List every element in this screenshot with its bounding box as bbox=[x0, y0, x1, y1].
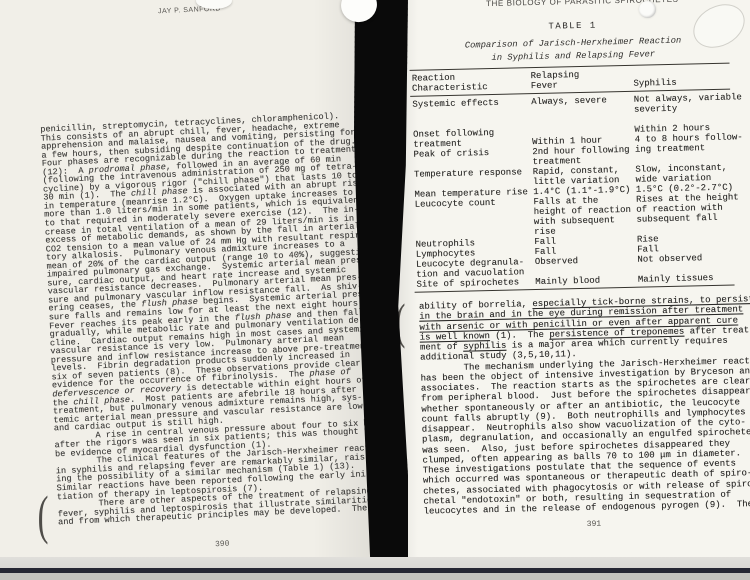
left-page-number: 390 bbox=[202, 539, 242, 550]
right-page-text: ability of borrelia, especially tick-bor… bbox=[419, 294, 750, 517]
right-page-content: THE BIOLOGY OF PARASITIC SPIROCHETES TAB… bbox=[402, 0, 750, 580]
left-page-content: JAY P. SANFORD penicillin, streptomycin,… bbox=[32, 0, 391, 573]
scanner-edge-lower bbox=[0, 573, 750, 580]
scanned-book-spread: JAY P. SANFORD penicillin, streptomycin,… bbox=[0, 0, 750, 580]
right-page-number: 391 bbox=[574, 519, 614, 529]
table-body: Systemic effects Always, severe Not alwa… bbox=[410, 90, 734, 292]
comparison-table: Reaction RelapsingCharacteristic Fever S… bbox=[410, 63, 735, 293]
scanner-bed-edge bbox=[0, 557, 750, 580]
left-page-text: penicillin, streptomycin, tetracyclines,… bbox=[40, 111, 393, 527]
table-caption: Comparison of Jarisch-Herxheimer Reactio… bbox=[403, 33, 743, 66]
punch-hole bbox=[639, 1, 656, 18]
table-label: TABLE 1 bbox=[403, 17, 743, 35]
handwritten-paren-annotation: ( bbox=[38, 484, 49, 546]
